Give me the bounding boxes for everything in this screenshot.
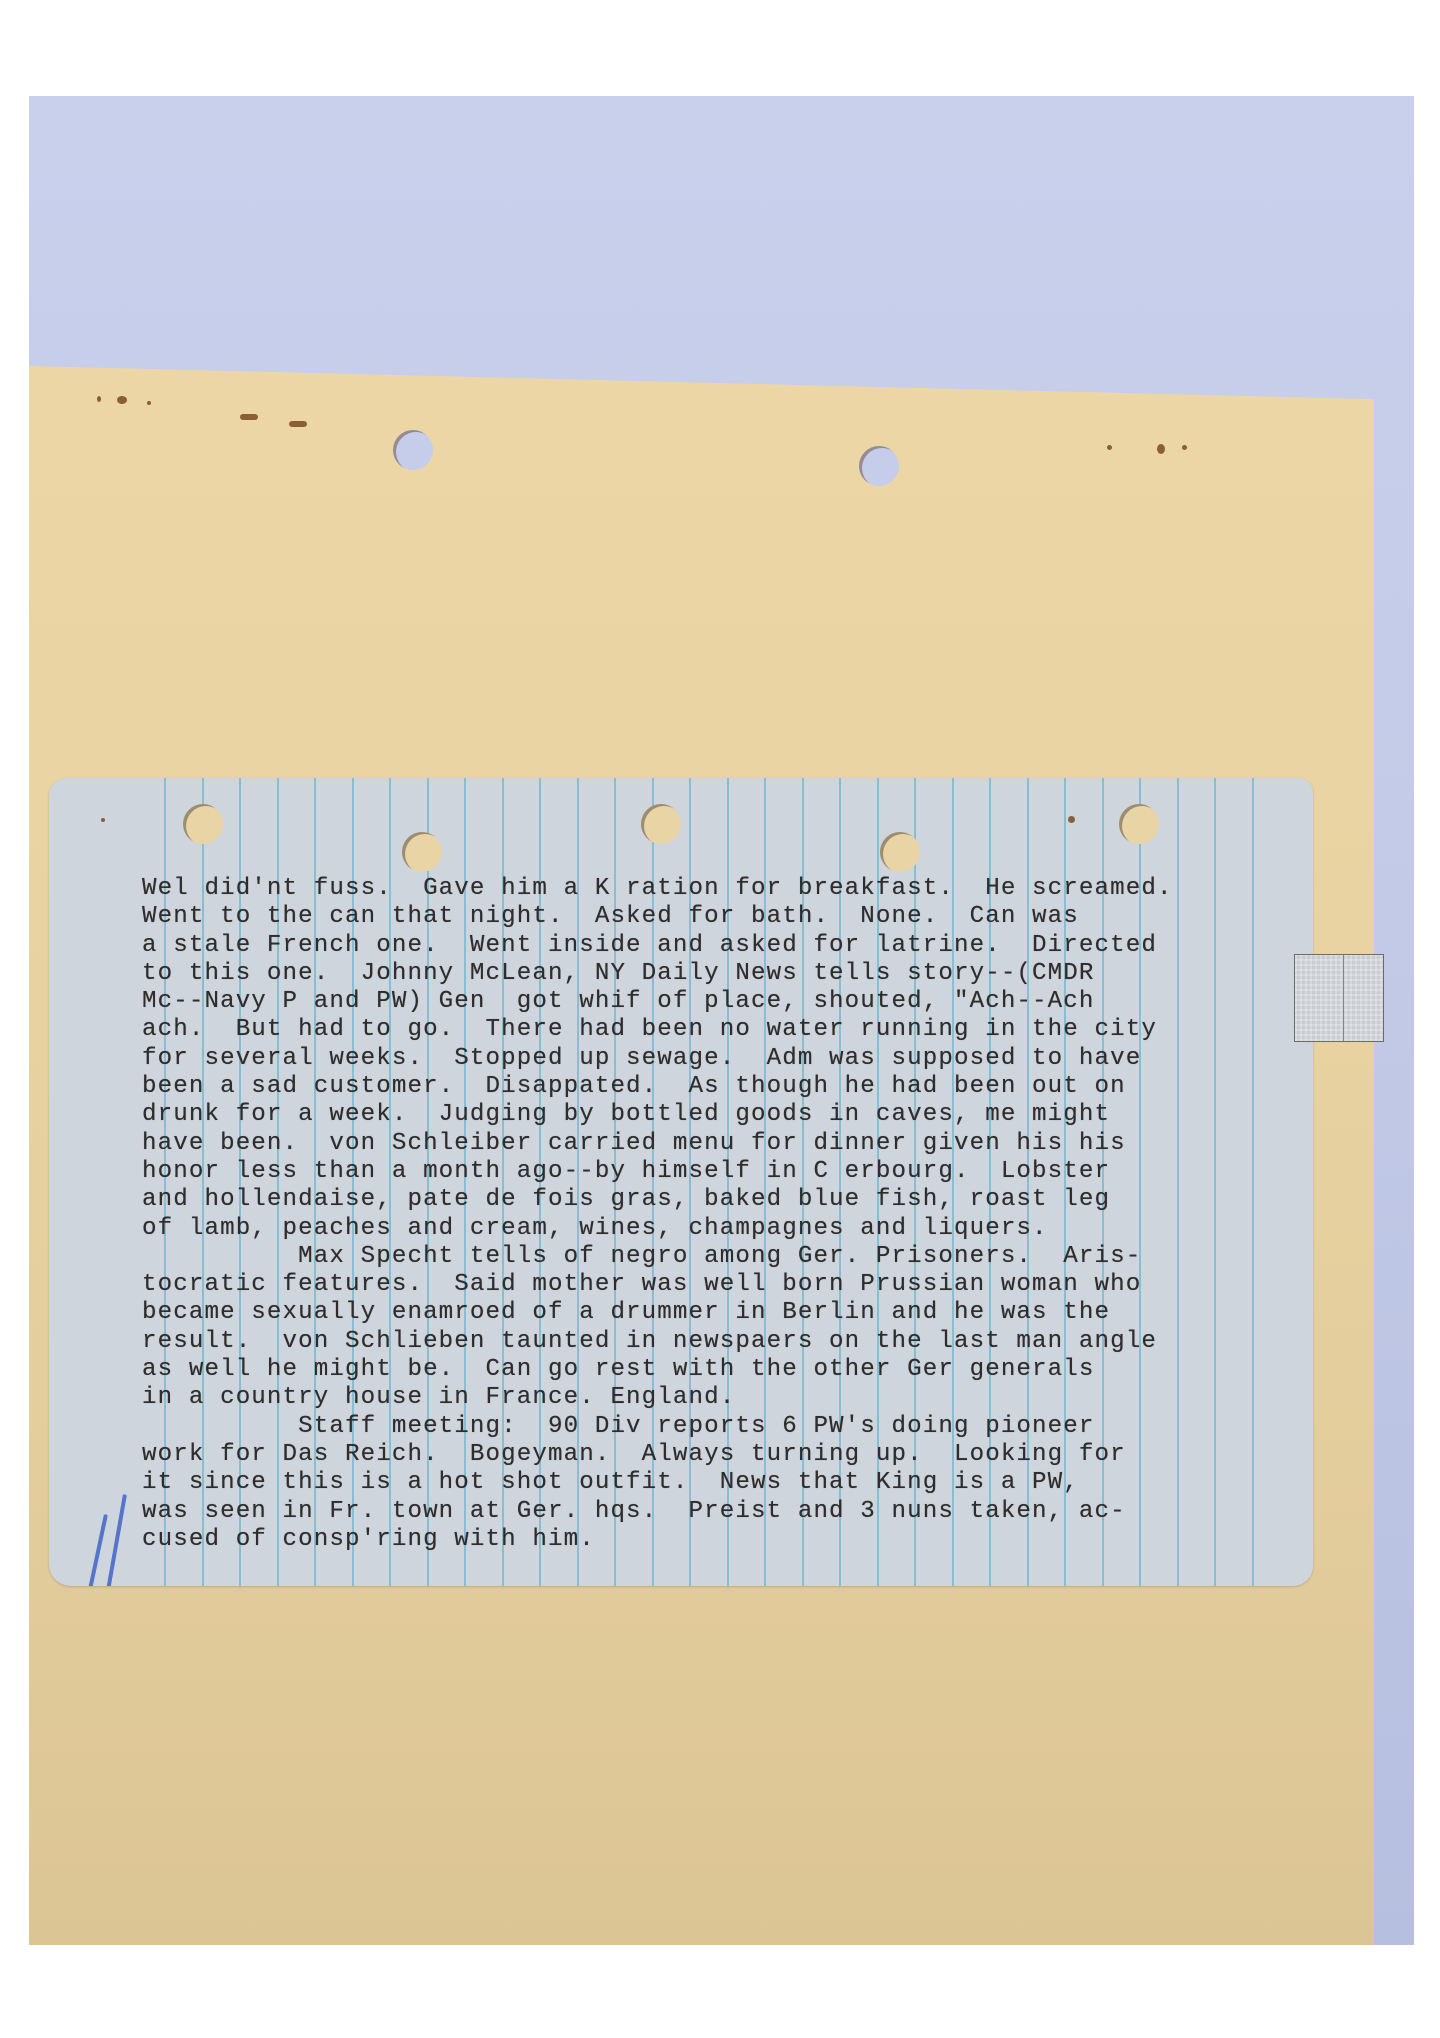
typed-line: Staff meeting: 90 Div reports 6 PW's doi… <box>142 1413 1292 1441</box>
typed-line: as well he might be. Can go rest with th… <box>142 1356 1292 1384</box>
typed-line: have been. von Schleiber carried menu fo… <box>142 1130 1292 1158</box>
card-punch-hole <box>1119 804 1159 844</box>
rust-speck <box>101 818 105 822</box>
rust-speck <box>1068 816 1075 823</box>
card-punch-hole <box>183 804 223 844</box>
typed-line: Wel did'nt fuss. Gave him a K ration for… <box>142 875 1292 903</box>
typed-line: tocratic features. Said mother was well … <box>142 1271 1292 1299</box>
binder-hole <box>393 430 433 470</box>
rust-speck <box>1157 444 1165 454</box>
typed-line: for several weeks. Stopped up sewage. Ad… <box>142 1045 1292 1073</box>
typed-line: Went to the can that night. Asked for ba… <box>142 903 1292 931</box>
rust-speck <box>117 396 127 404</box>
typed-line: ach. But had to go. There had been no wa… <box>142 1016 1292 1044</box>
typed-line: and hollendaise, pate de fois gras, bake… <box>142 1186 1292 1214</box>
paper-tab <box>1294 954 1384 1042</box>
typed-line: it since this is a hot shot outfit. News… <box>142 1469 1292 1497</box>
typed-line: became sexually enamroed of a drummer in… <box>142 1299 1292 1327</box>
rust-speck <box>1182 445 1187 450</box>
typed-line: was seen in Fr. town at Ger. hqs. Preist… <box>142 1498 1292 1526</box>
typed-text: Wel did'nt fuss. Gave him a K ration for… <box>142 875 1292 1554</box>
typed-line: to this one. Johnny McLean, NY Daily New… <box>142 960 1292 988</box>
typed-line: cused of consp'ring with him. <box>142 1526 1292 1554</box>
rust-speck <box>1107 445 1112 450</box>
rust-speck <box>240 414 258 420</box>
index-card: Wel did'nt fuss. Gave him a K ration for… <box>49 778 1313 1586</box>
card-punch-hole <box>402 832 442 872</box>
binder-hole <box>859 446 899 486</box>
typed-line: Mc--Navy P and PW) Gen got whif of place… <box>142 988 1292 1016</box>
card-punch-hole <box>641 804 681 844</box>
card-punch-hole <box>880 832 920 872</box>
typed-line: in a country house in France. England. <box>142 1384 1292 1412</box>
typed-line: of lamb, peaches and cream, wines, champ… <box>142 1215 1292 1243</box>
rust-speck <box>289 421 307 427</box>
document-photo: Wel did'nt fuss. Gave him a K ration for… <box>29 96 1414 1945</box>
typed-line: Max Specht tells of negro among Ger. Pri… <box>142 1243 1292 1271</box>
typed-line: drunk for a week. Judging by bottled goo… <box>142 1101 1292 1129</box>
pen-mark-icon <box>104 1494 127 1586</box>
pen-mark-icon <box>84 1514 108 1586</box>
rust-speck <box>147 401 151 405</box>
typed-line: a stale French one. Went inside and aske… <box>142 932 1292 960</box>
typed-line: work for Das Reich. Bogeyman. Always tur… <box>142 1441 1292 1469</box>
typed-line: been a sad customer. Disappated. As thou… <box>142 1073 1292 1101</box>
typed-line: honor less than a month ago--by himself … <box>142 1158 1292 1186</box>
typed-line: result. von Schlieben taunted in newspae… <box>142 1328 1292 1356</box>
rust-speck <box>97 396 101 402</box>
